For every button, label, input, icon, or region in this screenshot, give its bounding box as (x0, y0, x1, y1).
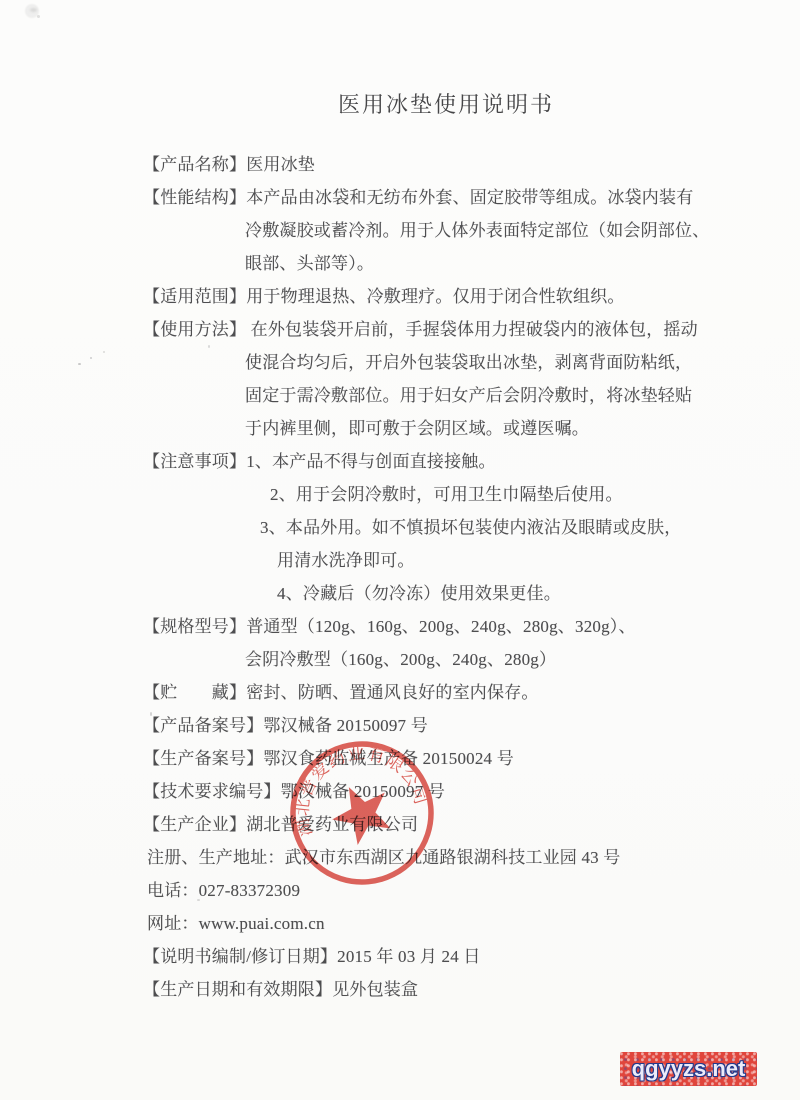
watermark-text: qgyyzs.net (632, 1056, 746, 1081)
line-caution-4: 4、冷藏后（勿冷冻）使用效果更佳。 (143, 577, 703, 610)
line-spec-2: 会阴冷敷型（160g、200g、240g、280g） (143, 643, 703, 676)
scan-speck (103, 351, 105, 353)
line-spec-1: 【规格型号】普通型（120g、160g、200g、240g、280g、320g）… (143, 610, 703, 643)
document-body: 【产品名称】医用冰垫 【性能结构】本产品由冰袋和无纺布外套、固定胶带等组成。冰袋… (143, 148, 703, 1006)
line-structure-1: 【性能结构】本产品由冰袋和无纺布外套、固定胶带等组成。冰袋内装有 (143, 181, 703, 214)
line-phone: 电话：027-83372309 (143, 874, 703, 907)
scan-speck (90, 357, 92, 359)
line-website: 网址：www.puai.com.cn (143, 907, 703, 940)
line-caution-3b: 用清水洗净即可。 (143, 544, 703, 577)
line-usage-4: 于内裤里侧，即可敷于会阴区域。或遵医嘱。 (143, 412, 703, 445)
scan-speck (208, 345, 210, 348)
line-structure-2: 冷敷凝胶或蓄冷剂。用于人体外表面特定部位（如会阴部位、 (143, 214, 703, 247)
line-caution-2: 2、用于会阴冷敷时，可用卫生巾隔垫后使用。 (143, 478, 703, 511)
line-revision-date: 【说明书编制/修订日期】2015 年 03 月 24 日 (143, 940, 703, 973)
line-product-name: 【产品名称】医用冰垫 (143, 148, 703, 181)
line-scope: 【适用范围】用于物理退热、冷敷理疗。仅用于闭合性软组织。 (143, 280, 703, 313)
line-usage-3: 固定于需冷敷部位。用于妇女产后会阴冷敷时，将冰垫轻贴 (143, 379, 703, 412)
line-usage-1: 【使用方法】 在外包装袋开启前，手握袋体用力捏破袋内的液体包，摇动 (143, 313, 703, 346)
line-product-record-no: 【产品备案号】鄂汉械备 20150097 号 (143, 709, 703, 742)
scanned-page: 医用冰垫使用说明书 【产品名称】医用冰垫 【性能结构】本产品由冰袋和无纺布外套、… (0, 0, 800, 1100)
scan-speck (197, 899, 200, 901)
line-expiry: 【生产日期和有效期限】见外包装盒 (143, 973, 703, 1006)
line-usage-2: 使混合均匀后，开启外包装袋取出冰垫，剥离背面防粘纸， (143, 346, 703, 379)
line-storage: 【贮 藏】密封、防晒、置通风良好的室内保存。 (143, 676, 703, 709)
watermark-badge: qgyyzs.net (620, 1052, 757, 1086)
scan-speck (78, 363, 81, 365)
scan-speck (30, 8, 37, 12)
scan-speck (37, 15, 40, 18)
scan-speck (150, 712, 152, 716)
seal-star-icon (323, 774, 401, 850)
line-caution-1: 【注意事项】1、本产品不得与创面直接接触。 (143, 445, 703, 478)
document-title: 医用冰垫使用说明书 (338, 88, 554, 119)
line-caution-3: 3、本品外用。如不慎损坏包装使内液沾及眼睛或皮肤， (143, 511, 703, 544)
line-structure-3: 眼部、头部等）。 (143, 247, 703, 280)
